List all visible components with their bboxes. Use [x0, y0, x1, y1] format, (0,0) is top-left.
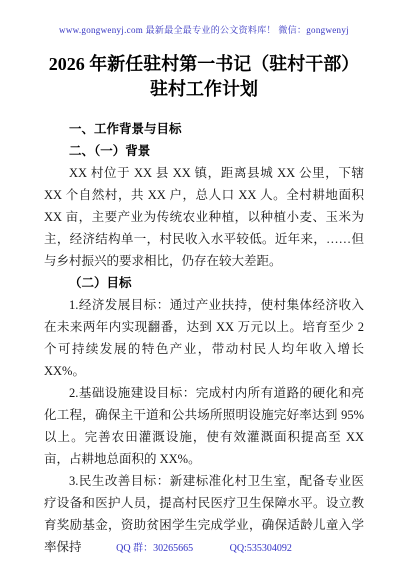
qq-group-label: QQ 群：30265665	[116, 539, 193, 554]
document-title-line-2: 驻村工作计划	[40, 77, 368, 102]
site-header-text: www.gongwenyj.com 最新最全最专业的公文资料库！ 微信：gong…	[59, 25, 349, 35]
section-heading: 二、（一）背景	[44, 140, 364, 162]
section-heading: （二）目标	[44, 272, 364, 294]
document-body: 一、工作背景与目标二、（一）背景XX 村位于 XX 县 XX 镇，距离县城 XX…	[44, 118, 364, 558]
page-footer: QQ 群：30265665 QQ:535304092	[0, 539, 408, 554]
section-heading: 一、工作背景与目标	[44, 118, 364, 140]
site-header: www.gongwenyj.com 最新最全最专业的公文资料库！ 微信：gong…	[0, 0, 408, 36]
qq-number-label: QQ:535304092	[230, 543, 292, 554]
body-paragraph: XX 村位于 XX 县 XX 镇，距离县城 XX 公里，下辖 XX 个自然村，共…	[44, 162, 364, 272]
body-paragraph: 1.经济发展目标：通过产业扶持，使村集体经济收入在未来两年内实现翻番，达到 XX…	[44, 294, 364, 382]
document-title: 2026 年新任驻村第一书记（驻村干部） 驻村工作计划	[40, 52, 368, 102]
body-paragraph: 2.基础设施建设目标：完成村内所有道路的硬化和亮化工程，确保主干道和公共场所照明…	[44, 382, 364, 470]
document-title-line-1: 2026 年新任驻村第一书记（驻村干部）	[40, 52, 368, 77]
